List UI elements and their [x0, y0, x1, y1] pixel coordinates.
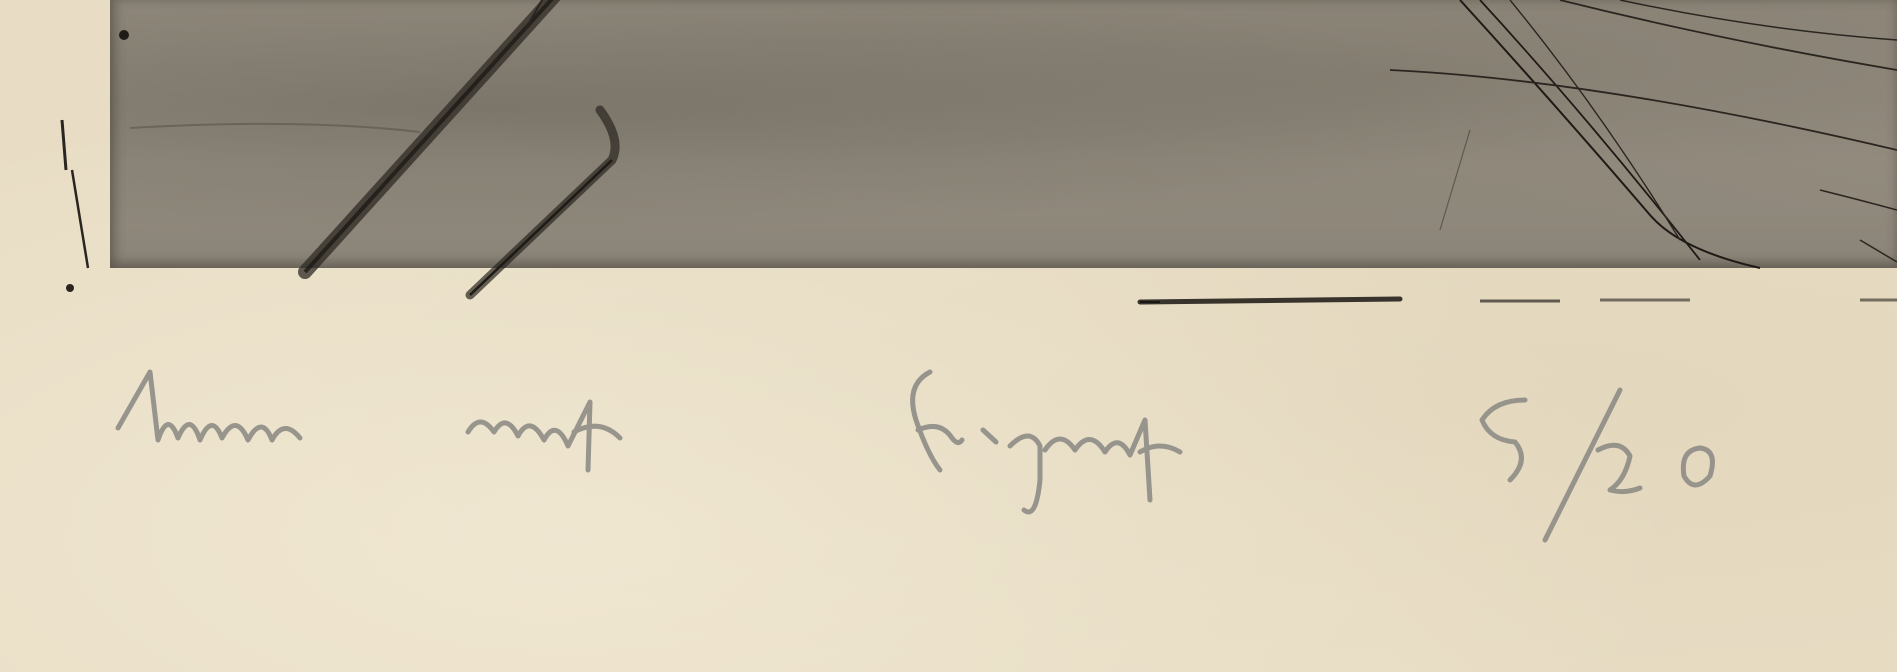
pencil-inscription-scrawl [0, 0, 1897, 672]
pencil-inscription: Mann mit Gigant 5/20 [115, 355, 1775, 535]
